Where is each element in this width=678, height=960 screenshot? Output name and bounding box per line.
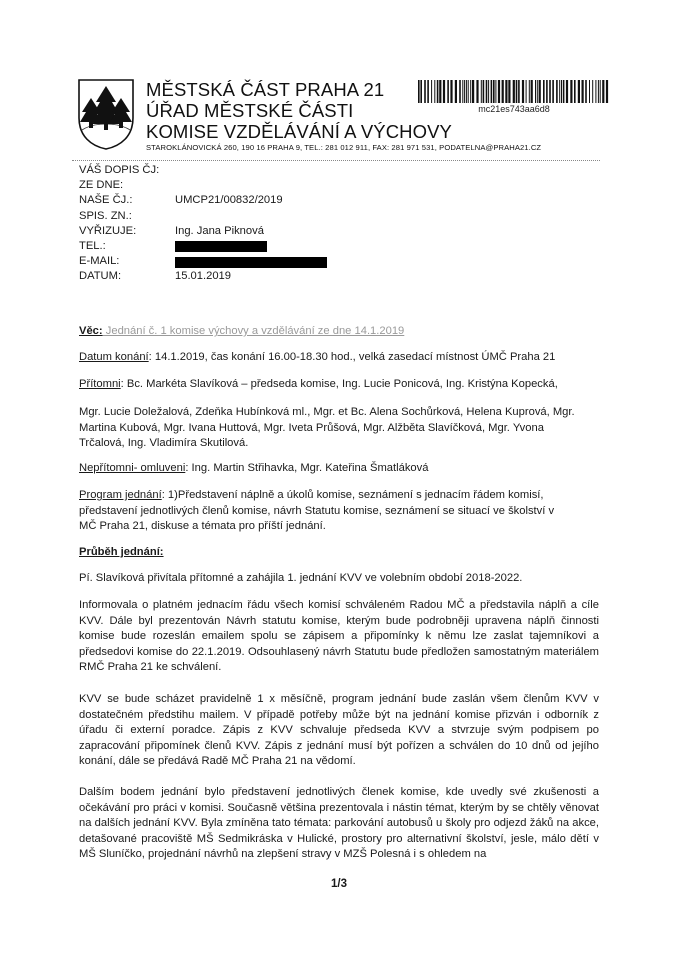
meeting-date-label: Datum konání bbox=[79, 351, 149, 363]
meta-label: ZE DNE: bbox=[79, 178, 123, 193]
proceedings-paragraph-3: KVV se bude scházet pravidelně 1 x měsíč… bbox=[79, 692, 599, 770]
proceedings-paragraph-2: Informovala o platném jednacím řádu všec… bbox=[79, 598, 599, 676]
org-name-line2: ÚŘAD MĚSTSKÉ ČÁSTI bbox=[146, 101, 353, 121]
subject-line: Věc: Jednání č. 1 komise výchovy a vzděl… bbox=[79, 324, 599, 340]
meta-label: NAŠE ČJ.: bbox=[79, 193, 132, 208]
present-members: Mgr. Lucie Doležalová, Zdeňka Hubínková … bbox=[79, 405, 579, 452]
meta-label: VYŘIZUJE: bbox=[79, 224, 136, 239]
absent-label: Nepřítomni- omluveni bbox=[79, 462, 185, 474]
handler-name: Ing. Jana Piknová bbox=[175, 224, 264, 239]
page-number: 1/3 bbox=[0, 878, 678, 890]
meta-label: DATUM: bbox=[79, 269, 121, 284]
absent-text: : Ing. Martin Střihavka, Mgr. Kateřina Š… bbox=[185, 462, 428, 474]
org-address: STAROKLÁNOVICKÁ 260, 190 16 PRAHA 9, TEL… bbox=[146, 143, 541, 152]
meeting-date-line: Datum konání: 14.1.2019, čas konání 16.0… bbox=[79, 350, 599, 366]
meeting-date-text: : 14.1.2019, čas konání 16.00-18.30 hod.… bbox=[149, 351, 556, 363]
subject-text: Jednání č. 1 komise výchovy a vzdělávání… bbox=[103, 325, 405, 337]
program-label: Program jednání bbox=[79, 489, 162, 501]
document-date: 15.01.2019 bbox=[175, 269, 231, 284]
absent-line: Nepřítomni- omluveni: Ing. Martin Střiha… bbox=[79, 461, 599, 477]
barcode-text: mc21es743aa6d8 bbox=[418, 104, 610, 114]
header-divider bbox=[72, 160, 600, 161]
proceedings-paragraph-4: Dalším bodem jednání bylo představení je… bbox=[79, 785, 599, 863]
program-paragraph: Program jednání: 1)Představení náplně a … bbox=[79, 488, 573, 535]
meta-label: E-MAIL: bbox=[79, 254, 119, 269]
meta-label: VÁŠ DOPIS ČJ: bbox=[79, 163, 159, 178]
redacted-email bbox=[175, 257, 327, 268]
subject-label: Věc: bbox=[79, 325, 103, 337]
present-text: : Bc. Markéta Slavíková – předseda komis… bbox=[121, 378, 558, 390]
meta-label: TEL.: bbox=[79, 239, 106, 254]
coat-of-arms-three-trees-icon bbox=[76, 78, 136, 150]
reference-number: UMCP21/00832/2019 bbox=[175, 193, 283, 208]
present-label: Přítomni bbox=[79, 378, 121, 390]
document-page: MĚSTSKÁ ČÁST PRAHA 21 ÚŘAD MĚSTSKÉ ČÁSTI… bbox=[0, 0, 678, 960]
meta-label: SPIS. ZN.: bbox=[79, 209, 132, 224]
redacted-phone bbox=[175, 241, 267, 252]
org-name-line3: KOMISE VZDĚLÁVÁNÍ A VÝCHOVY bbox=[146, 122, 452, 142]
org-name-line1: MĚSTSKÁ ČÁST PRAHA 21 bbox=[146, 80, 384, 100]
present-line: Přítomni: Bc. Markéta Slavíková – předse… bbox=[79, 377, 599, 393]
proceedings-heading: Průběh jednání: bbox=[79, 545, 164, 561]
barcode-icon bbox=[418, 80, 610, 103]
proceedings-paragraph-1: Pí. Slavíková přivítala přítomné a zaháj… bbox=[79, 571, 599, 587]
